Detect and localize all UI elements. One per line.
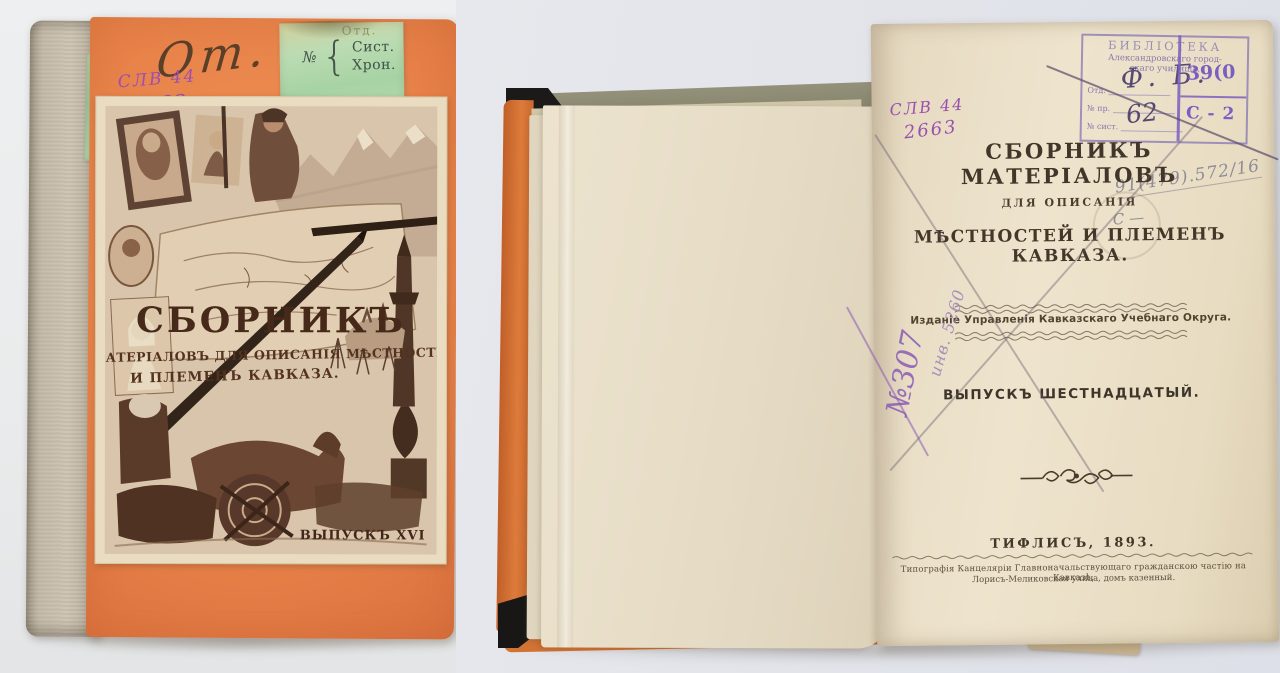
dept-label-line-hron: Хрон.: [352, 57, 396, 74]
dept-label-row: № { Сист. Хрон.: [280, 39, 404, 75]
library-dept-label: Отд. № { Сист. Хрон.: [279, 22, 404, 108]
dept-label-line-sist: Сист.: [352, 39, 396, 56]
dept-label-lines: Сист. Хрон.: [352, 39, 396, 74]
library-stamp: БИБЛІОТЕКА Александровскаго город- скаго…: [1080, 34, 1250, 145]
title-page: СЛВ 44 2663 БИБЛІОТЕКА Александровскаго …: [871, 20, 1279, 646]
ornament-vignette: [1016, 463, 1136, 490]
flyleaf-crease: [557, 105, 575, 647]
shelf-mark-divider: [1180, 95, 1246, 98]
photo-front-cover: От. V Отд. № { Сист. Хрон. СЛВ 44 2663: [0, 0, 456, 673]
photo-title-page: Є СЛВ 44 2663 БИБЛІОТЕКА Александровскаг…: [456, 0, 1280, 673]
open-book: Є СЛВ 44 2663 БИБЛІОТЕКА Александровскаг…: [470, 0, 1280, 673]
dept-label-no: №: [302, 48, 316, 66]
dept-label-brace: {: [321, 40, 347, 74]
cover-illustration: СБОРНИКЪ МАТЕРІАЛОВЪ ДЛЯ ОПИСАНІЯ МѢСТНО…: [95, 96, 448, 565]
book-title-line1: СБОРНИКЪ МАТЕРІАЛОВЪ: [876, 136, 1263, 190]
imprint-city-year: ТИФЛИСЪ, 1893.: [880, 534, 1266, 553]
shelf-mark-top: 39(0: [1186, 61, 1235, 85]
flyleaf-front: Є: [541, 105, 891, 648]
shelf-mark-box: 39(0 С - 2: [1177, 35, 1248, 142]
shelf-mark-bottom: С - 2: [1186, 103, 1236, 124]
front-cover-orange: От. V Отд. № { Сист. Хрон. СЛВ 44 2663: [86, 17, 456, 640]
wavy-rule-bottom: [955, 329, 1195, 342]
publisher-line: Изданіе Управленія Кавказскаго Учебнаго …: [878, 311, 1264, 327]
book-front-cover: От. V Отд. № { Сист. Хрон. СЛВ 44 2663: [26, 17, 456, 644]
cover-issue-text: ВЫПУСКЪ XVI: [300, 528, 426, 543]
cover-illustration-art: СБОРНИКЪ МАТЕРІАЛОВЪ ДЛЯ ОПИСАНІЯ МѢСТНО…: [105, 106, 438, 555]
book-title-line2: ДЛЯ ОПИСАНІЯ: [877, 194, 1263, 211]
stamp-handwritten-number: 62: [1125, 97, 1160, 129]
cover-title-text: СБОРНИКЪ: [136, 300, 406, 341]
photo-collage: От. V Отд. № { Сист. Хрон. СЛВ 44 2663: [0, 0, 1280, 673]
